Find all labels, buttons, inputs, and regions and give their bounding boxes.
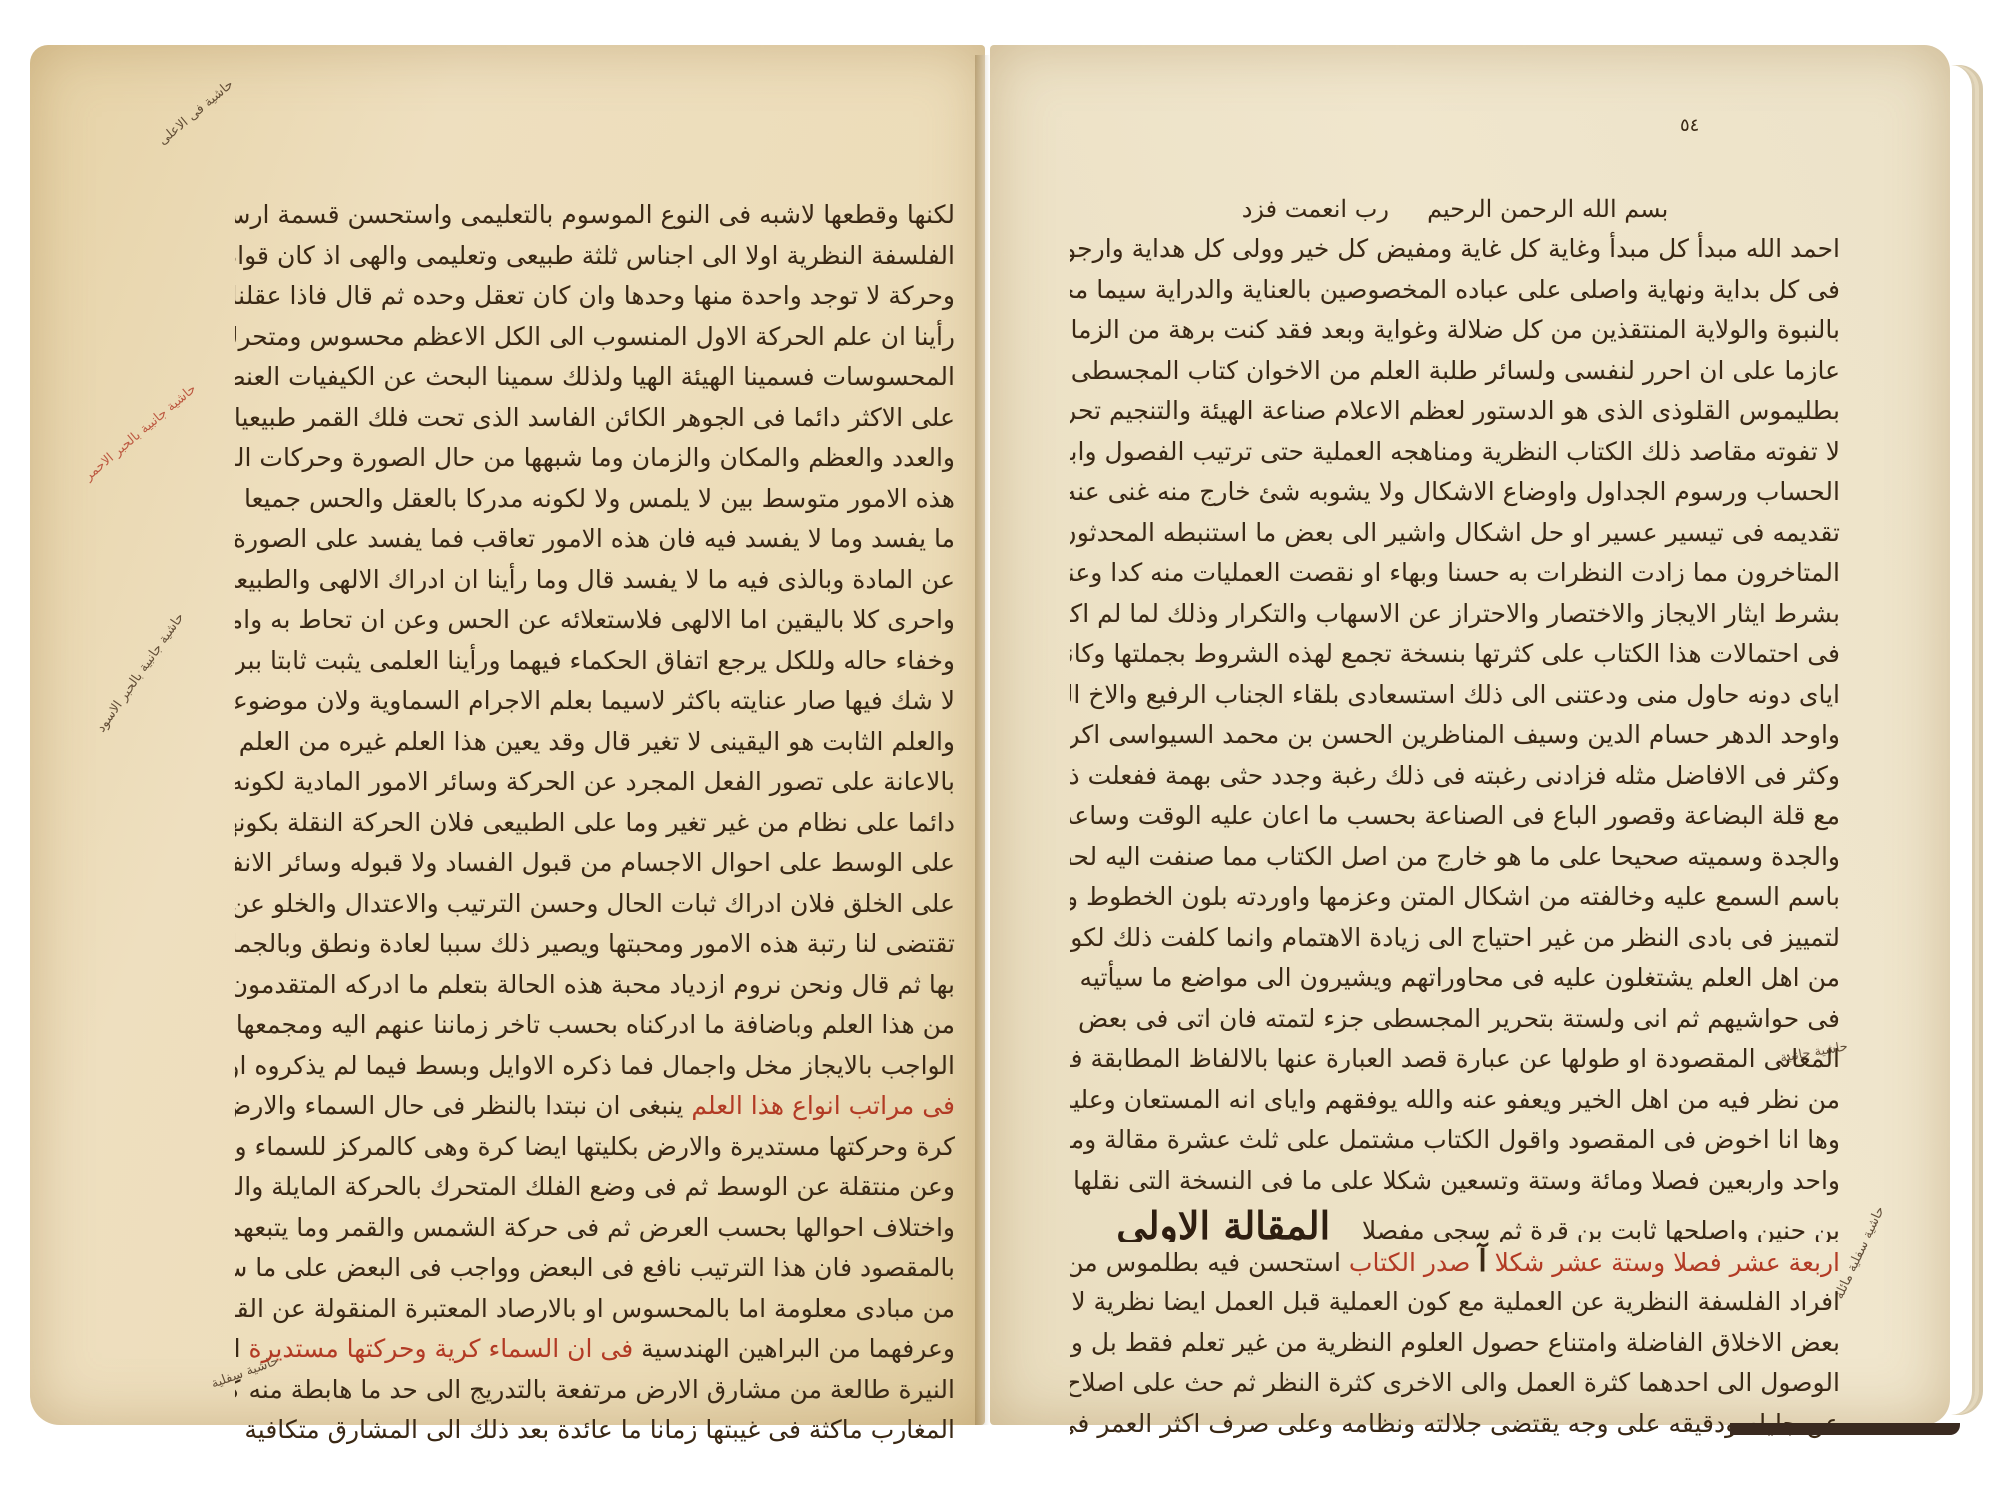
text-line: والجدة وسميته صحيحا على ما هو خارج من اص… bbox=[1070, 837, 1840, 878]
text-line: الوصول الى احدهما كثرة العمل والى الاخرى… bbox=[1070, 1363, 1840, 1404]
text-line: من اهل العلم يشتغلون عليه فى محاوراتهم و… bbox=[1070, 958, 1840, 999]
text-line: من مبادى معلومة اما بالمحسوس او بالارصاد… bbox=[235, 1289, 955, 1330]
text-line: دائما على نظام من غير تغير وما على الطبي… bbox=[235, 803, 955, 844]
text-line: لتمييز فى بادى النظر من غير احتياج الى ز… bbox=[1070, 918, 1840, 959]
text-line: والعلم الثابت هو اليقينى لا تغير قال وقد… bbox=[235, 722, 955, 763]
text-line: واوحد الدهر حسام الدين وسيف المناظرين ال… bbox=[1070, 715, 1840, 756]
text-line: وكثر فى الافاضل مثله فزادنى رغبته فى ذلك… bbox=[1070, 756, 1840, 797]
margin-note-red: حاشية جانبية بالحبر الاحمر bbox=[81, 381, 200, 484]
text-line: بطليموس القلوذى الذى هو الدستور لعظم الا… bbox=[1070, 391, 1840, 432]
rubric-heading: فى مراتب انواع هذا العلم bbox=[691, 1091, 955, 1120]
chapter-heading: المقالة الاولى bbox=[1116, 1203, 1330, 1242]
text-line: مع قلة البضاعة وقصور الباع فى الصناعة بح… bbox=[1070, 796, 1840, 837]
text-line: الفلسفة النظرية اولا الى اجناس ثلثة طبيع… bbox=[235, 236, 955, 277]
rubric-count: اربعة عشر فصلا وستة عشر شكلا bbox=[1495, 1248, 1840, 1277]
text-line: اياى دونه حاول منى ودعتنى الى ذلك استسعا… bbox=[1070, 675, 1840, 716]
rubric-line: وعرفهما من البراهين الهندسية فى ان السما… bbox=[235, 1329, 955, 1370]
second-rubric-rest: القدماء لما ادركوا الاجرام bbox=[235, 1334, 241, 1363]
text-line: المتاخرون مما زادت النظرات به حسنا وبهاء… bbox=[1070, 553, 1840, 594]
left-page: حاشية فى الاعلى حاشية جانبية بالحبر الاح… bbox=[30, 45, 985, 1425]
rubric-line-rest: ينبغى ان نبتدا بالنظر فى حال السماء والا… bbox=[235, 1091, 683, 1120]
text-line: فى احتمالات هذا الكتاب على كثرتها بنسخة … bbox=[1070, 634, 1840, 675]
text-line: تقديمه فى تيسير عسير او حل اشكال واشير ا… bbox=[1070, 513, 1840, 554]
text-line: افراد الفلسفة النظرية عن العملية مع كون … bbox=[1070, 1282, 1840, 1323]
text-line: بعض الاخلاق الفاضلة وامتناع حصول العلوم … bbox=[1070, 1323, 1840, 1364]
second-rubric: فى ان السماء كرية وحركتها مستديرة bbox=[249, 1334, 634, 1363]
text-span: بن حنين واصلحها ثابت بن قرة ثم سجى مفصلا bbox=[1362, 1216, 1840, 1242]
text-line: تقتضى لنا رتبة هذه الامور ومحبتها ويصير … bbox=[235, 924, 955, 965]
section-mark: آ bbox=[1478, 1244, 1486, 1279]
basmala-line: بسم الله الرحمن الرحيم رب انعمت فزد bbox=[1070, 195, 1840, 229]
text-line: لا شك فيها صار عنايته باكثر لاسيما بعلم … bbox=[235, 681, 955, 722]
text-line: المحسوسات فسمينا الهيئة الهيا ولذلك سمين… bbox=[235, 357, 955, 398]
text-line: عازما على ان احرر لنفسى ولسائر طلبة العل… bbox=[1070, 351, 1840, 392]
text-line: بالنبوة والولاية المنتقذين من كل ضلالة و… bbox=[1070, 310, 1840, 351]
folio-number: ٥٤ bbox=[1680, 115, 1699, 136]
basmala: بسم الله الرحمن الرحيم bbox=[1427, 195, 1668, 223]
text-line: بن حنين واصلحها ثابت بن قرة ثم سجى مفصلا… bbox=[1070, 1201, 1840, 1242]
margin-note-side: حاشية جانبية بالحبر الاسود bbox=[94, 610, 189, 736]
text-line: واختلاف احوالها بحسب العرض ثم فى حركة ال… bbox=[235, 1208, 955, 1249]
text-line: وخفاء حاله وللكل يرجع اتفاق الحكماء فيهم… bbox=[235, 641, 955, 682]
text-line: كرة وحركتها مستديرة والارض بكليتها ايضا … bbox=[235, 1127, 955, 1168]
text-line: وحركة لا توجد واحدة منها وحدها وان كان ت… bbox=[235, 276, 955, 317]
text-line: على الخلق فلان ادراك ثبات الحال وحسن الت… bbox=[235, 884, 955, 925]
text-line: بالاعانة على تصور الفعل المجرد عن الحركة… bbox=[235, 762, 955, 803]
text-line: عن المادة وبالذى فيه ما لا يفسد قال وما … bbox=[235, 560, 955, 601]
rubric-line: اربعة عشر فصلا وستة عشر شكلا آ صدر الكتا… bbox=[1070, 1242, 1840, 1283]
text-line: رأينا ان علم الحركة الاول المنسوب الى ال… bbox=[235, 317, 955, 358]
text-line: واحرى كلا باليقين اما الالهى فلاستعلائه … bbox=[235, 600, 955, 641]
left-text-block: لكنها وقطعها لاشبه فى النوع الموسوم بالت… bbox=[235, 195, 955, 1451]
right-page: ٥٤ حاشية جانبية حاشية سفلية مائلة بسم ال… bbox=[990, 45, 1950, 1425]
text-line: ما يفسد وما لا يفسد فيه فان هذه الامور ت… bbox=[235, 519, 955, 560]
text-span: وعرفهما من البراهين الهندسية bbox=[641, 1334, 955, 1363]
text-line: المغارب ماكثة فى غيبتها زمانا ما عائدة ب… bbox=[235, 1410, 955, 1451]
margin-note-top-left: حاشية فى الاعلى bbox=[156, 77, 238, 149]
text-line: بشرط ايثار الايجاز والاختصار والاحتراز ع… bbox=[1070, 594, 1840, 635]
binding-edge bbox=[1730, 1423, 1960, 1435]
text-line: احمد الله مبدأ كل مبدأ وغاية كل غاية ومف… bbox=[1070, 229, 1840, 270]
text-line: المعانى المقصودة او طولها عن عبارة قصد ا… bbox=[1070, 1039, 1840, 1080]
text-line: من هذا العلم وباضافة ما ادركناه بحسب تاخ… bbox=[235, 1005, 955, 1046]
text-line: على الاكثر دائما فى الجوهر الكائن الفاسد… bbox=[235, 398, 955, 439]
text-line: بالمقصود فان هذا الترتيب نافع فى البعض و… bbox=[235, 1248, 955, 1289]
open-manuscript: حاشية فى الاعلى حاشية جانبية بالحبر الاح… bbox=[30, 45, 1975, 1435]
text-line: بها ثم قال ونحن نروم ازدياد محبة هذه الح… bbox=[235, 965, 955, 1006]
text-line: فى حواشيهم ثم انى ولستة بتحرير المجسطى ج… bbox=[1070, 999, 1840, 1040]
text-line: من نظر فيه من اهل الخير ويعفو عنه والله … bbox=[1070, 1080, 1840, 1121]
text-line: هذه الامور متوسط بين لا يلمس ولا لكونه م… bbox=[235, 479, 955, 520]
text-line: وعن منتقلة عن الوسط ثم فى وضع الفلك المت… bbox=[235, 1167, 955, 1208]
rubric-line: فى مراتب انواع هذا العلم ينبغى ان نبتدا … bbox=[235, 1086, 955, 1127]
text-line: واحد واربعين فصلا ومائة وستة وتسعين شكلا… bbox=[1070, 1161, 1840, 1202]
text-line: والعدد والعظم والمكان والزمان وما شبهها … bbox=[235, 438, 955, 479]
text-line: لكنها وقطعها لاشبه فى النوع الموسوم بالت… bbox=[235, 195, 955, 236]
basmala-suffix: رب انعمت فزد bbox=[1242, 195, 1389, 223]
text-line: لا تفوته مقاصد ذلك الكتاب النظرية ومناهج… bbox=[1070, 432, 1840, 473]
text-line: الواجب بالايجاز مخل واجمال فما ذكره الاو… bbox=[235, 1046, 955, 1087]
text-line: فى كل بداية ونهاية واصلى على عباده المخص… bbox=[1070, 270, 1840, 311]
text-line: على الوسط على احوال الاجسام من قبول الفس… bbox=[235, 843, 955, 884]
text-line: الحساب ورسوم الجداول واوضاع الاشكال ولا … bbox=[1070, 472, 1840, 513]
rubric-rest: استحسن فيه بطلموس من الفلاسفة bbox=[1070, 1248, 1341, 1277]
rubric-title: صدر الكتاب bbox=[1349, 1248, 1470, 1277]
margin-note-right-bottom: حاشية سفلية مائلة bbox=[1832, 1204, 1889, 1302]
right-text-block: بسم الله الرحمن الرحيم رب انعمت فزد احمد… bbox=[1070, 195, 1840, 1444]
text-line: النيرة طالعة من مشارق الارض مرتفعة بالتد… bbox=[235, 1370, 955, 1411]
text-line: باسم السمع عليه وخالفته من اشكال المتن و… bbox=[1070, 877, 1840, 918]
text-line: عن جليله ودقيقه على وجه يقتضى جلالته ونظ… bbox=[1070, 1404, 1840, 1445]
text-line: وها انا اخوض فى المقصود واقول الكتاب مشت… bbox=[1070, 1120, 1840, 1161]
